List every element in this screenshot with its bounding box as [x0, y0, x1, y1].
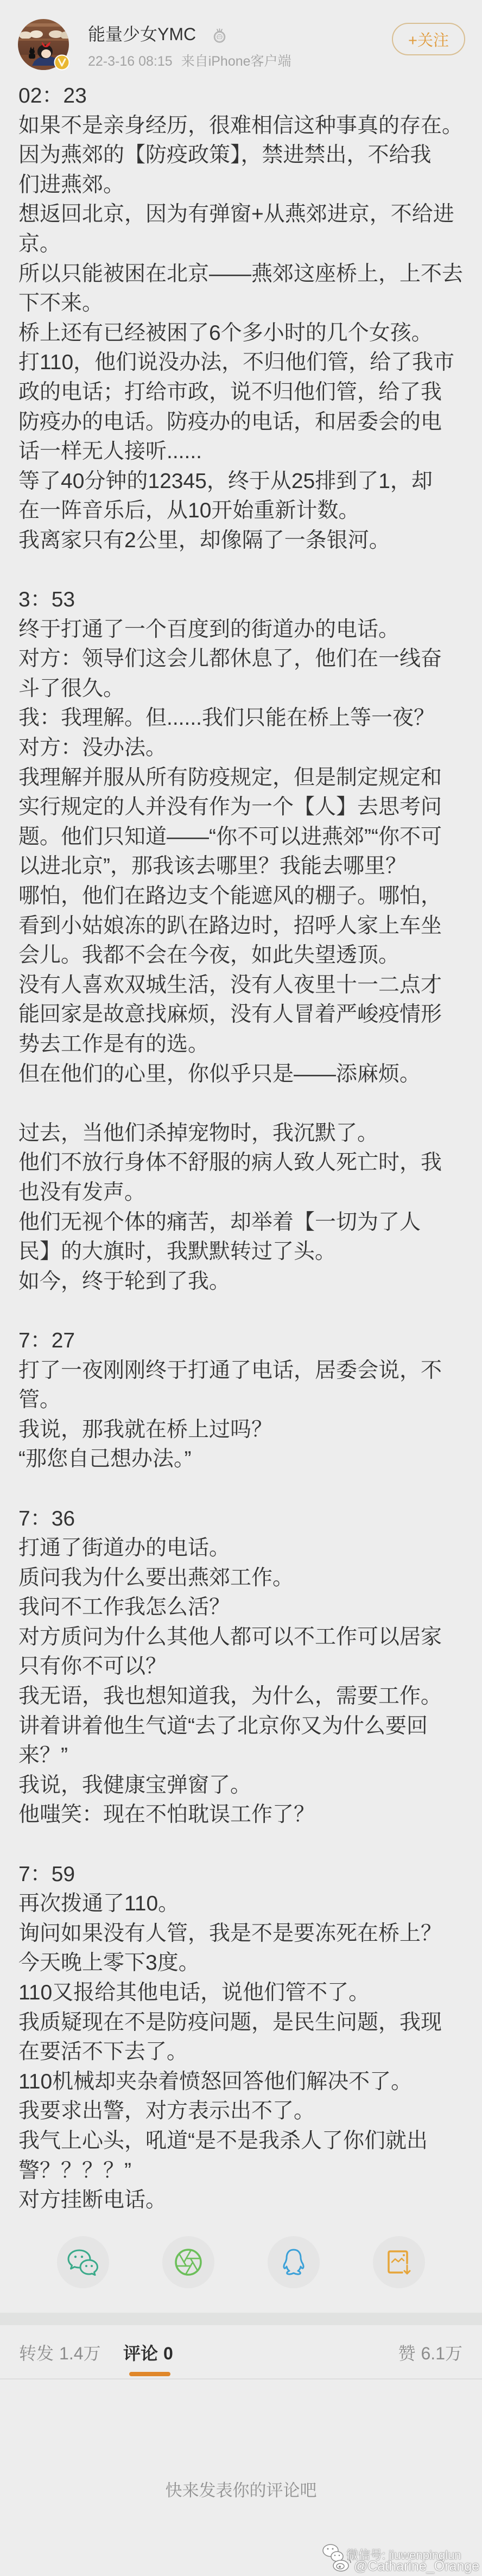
text-line: 今天晚上零下3度。: [18, 1948, 469, 1978]
share-qq-button[interactable]: [268, 2236, 320, 2288]
post-section: 7：59 再次拨通了110。 询问如果没有人管，我是不是要冻死在桥上？ 今天晚上…: [18, 1860, 469, 2216]
tab-count: 1.4万: [59, 2344, 101, 2363]
paragraph: 打了一夜刚刚终于打通了电话，居委会说，不 管。: [18, 1356, 469, 1415]
text-line: 会儿。我都不会在今夜，如此失望透顶。: [18, 941, 469, 971]
paragraph: 哪怕，他们在路边支个能遮风的棚子。哪怕， 看到小姑娘冻的趴在路边时，招呼人家上车…: [18, 882, 469, 971]
paragraph: 对方挂断电话。: [18, 2186, 469, 2216]
paragraph: 因为燕郊的【防疫政策】，禁进禁出，不给我 们进燕郊。: [18, 141, 469, 200]
section-separator: [0, 2313, 482, 2325]
paragraph: 终于打通了一个百度到的街道办的电话。: [18, 615, 469, 645]
text-line: 对方：领导们这会儿都休息了，他们在一线奋: [18, 644, 469, 674]
paragraph: 我无语，我也想知道我，为什么，需要工作。: [18, 1682, 469, 1712]
text-line: 看到小姑娘冻的趴在路边时，招呼人家上车坐: [18, 912, 469, 941]
wechat-icon: [66, 2248, 100, 2276]
text-line: 我气上心头，吼道“是不是我杀人了你们就出: [18, 2126, 469, 2156]
text-line: 们进燕郊。: [18, 170, 469, 200]
text-line: 我理解并服从所有防疫规定，但是制定规定和: [18, 763, 469, 793]
text-line: 询问如果没有人管，我是不是要冻死在桥上？: [18, 1919, 469, 1949]
text-line: 终于打通了一个百度到的街道办的电话。: [18, 615, 469, 645]
paragraph: 但在他们的心里，你似乎只是——添麻烦。: [18, 1060, 469, 1090]
text-line: 哪怕，他们在路边支个能遮风的棚子。哪怕，: [18, 882, 469, 912]
paragraph: 我：我理解。但......我们只能在桥上等一夜？: [18, 704, 469, 733]
text-line: 桥上还有已经被困了6个多小时的几个女孩。: [18, 319, 469, 349]
text-line: 京。: [18, 230, 469, 260]
text-line: 打通了街道办的电话。: [18, 1534, 469, 1564]
paragraph: 没有人喜欢双城生活，没有人夜里十一二点才 能回家是故意找麻烦，没有人冒着严峻疫情…: [18, 971, 469, 1060]
post-section: 7：36 打通了街道办的电话。 质问我为什么要出燕郊工作。 我问不工作我怎么活？…: [18, 1504, 469, 1831]
text-line: 下不来。: [18, 289, 469, 319]
section-timestamp: 7：59: [18, 1860, 469, 1890]
text-line: 我说，那我就在桥上过吗？: [18, 1415, 469, 1445]
text-line: 我说，我健康宝弹窗了。: [18, 1771, 469, 1801]
text-line: 打了一夜刚刚终于打通了电话，居委会说，不: [18, 1356, 469, 1386]
verified-v-icon: [54, 54, 70, 71]
paragraph: 如今，终于轮到了我。: [18, 1267, 469, 1297]
tab-count: 0: [163, 2344, 173, 2363]
text-line: 警？？？？”: [18, 2156, 469, 2186]
moments-icon: [174, 2248, 202, 2276]
text-line: “那您自己想办法。”: [18, 1445, 469, 1474]
paragraph: 讲着讲着他生气道“去了北京你又为什么要回 来？”: [18, 1712, 469, 1771]
text-line: 所以只能被困在北京——燕郊这座桥上，上不去: [18, 260, 469, 289]
text-line: 我质疑现在不是防疫问题，是民生问题，我现: [18, 2008, 469, 2038]
text-line: 如今，终于轮到了我。: [18, 1267, 469, 1297]
tab-comments[interactable]: 评论0: [123, 2343, 173, 2364]
save-image-icon: [386, 2249, 412, 2276]
watermark: 微信号: jiuwenpinglun @Catharine_Orange: [321, 2543, 480, 2573]
text-line: 我问不工作我怎么活？: [18, 1593, 469, 1623]
tab-label: 赞: [398, 2344, 415, 2363]
post-body: 02：23 如果不是亲身经历，很难相信这种事真的存在。 因为燕郊的【防疫政策】，…: [18, 81, 469, 2216]
paragraph: 我说，那我就在桥上过吗？: [18, 1415, 469, 1445]
paragraph: 想返回北京，因为有弹窗+从燕郊进京，不给进 京。: [18, 200, 469, 259]
author-name[interactable]: 能量少女YMC: [88, 24, 196, 45]
section-timestamp: 7：27: [18, 1326, 469, 1356]
text-line: 我：我理解。但......我们只能在桥上等一夜？: [18, 704, 469, 733]
text-line: 来？”: [18, 1741, 469, 1771]
text-line: 110机械却夹杂着愤怒回答他们解决不了。: [18, 2067, 469, 2097]
text-line: 管。: [18, 1385, 469, 1415]
text-line: 只有你不可以？: [18, 1652, 469, 1682]
post-meta: 22-3-16 08:15来自iPhone客户端: [88, 54, 291, 69]
paragraph: 打110，他们说没办法，不归他们管，给了我市 政的电话；打给市政，说不归他们管，…: [18, 348, 469, 466]
section-timestamp: 3：53: [18, 585, 469, 615]
text-line: 他们不放行身体不舒服的病人致人死亡时，我: [18, 1148, 469, 1178]
post-section: 3：53 终于打通了一个百度到的街道办的电话。 对方：领导们这会儿都休息了，他们…: [18, 585, 469, 1089]
paragraph: 质问我为什么要出燕郊工作。: [18, 1564, 469, 1593]
qq-icon: [281, 2248, 306, 2276]
text-line: 也没有发声。: [18, 1178, 469, 1208]
section-timestamp: 02：23: [18, 81, 469, 111]
paragraph: 110又报给其他电话，说他们管不了。: [18, 1978, 469, 2008]
comments-empty-state: 快来发表你的评论吧: [0, 2480, 482, 2502]
post-section: 过去，当他们杀掉宠物时，我沉默了。 他们不放行身体不舒服的病人致人死亡时，我 也…: [18, 1119, 469, 1297]
paragraph: 打通了街道办的电话。: [18, 1534, 469, 1564]
paragraph: 桥上还有已经被困了6个多小时的几个女孩。: [18, 319, 469, 349]
text-line: 以进北京”，那我该去哪里？我能去哪里？: [18, 852, 469, 882]
share-moments-button[interactable]: [162, 2236, 214, 2288]
text-line: 再次拨通了110。: [18, 1889, 469, 1919]
tab-count: 6.1万: [421, 2344, 463, 2363]
paragraph: 对方质问为什么其他人都可以不工作可以居家 只有你不可以？: [18, 1623, 469, 1682]
text-line: 对方：没办法。: [18, 733, 469, 763]
text-line: 我离家只有2公里，却像隔了一条银河。: [18, 526, 469, 556]
text-line: 但在他们的心里，你似乎只是——添麻烦。: [18, 1060, 469, 1090]
text-line: 过去，当他们杀掉宠物时，我沉默了。: [18, 1119, 469, 1149]
paragraph: 对方：没办法。: [18, 733, 469, 763]
post-section: 7：27 打了一夜刚刚终于打通了电话，居委会说，不 管。 我说，那我就在桥上过吗…: [18, 1326, 469, 1474]
text-line: 他嗤笑：现在不怕耽误工作了？: [18, 1800, 469, 1830]
tab-label: 转发: [19, 2344, 54, 2363]
text-line: 没有人喜欢双城生活，没有人夜里十一二点才: [18, 971, 469, 1001]
post-source: 来自iPhone客户端: [181, 54, 291, 69]
tab-label: 评论: [123, 2344, 158, 2363]
text-line: 对方质问为什么其他人都可以不工作可以居家: [18, 1623, 469, 1653]
tab-reposts[interactable]: 转发1.4万: [19, 2343, 101, 2364]
paragraph: 所以只能被困在北京——燕郊这座桥上，上不去 下不来。: [18, 260, 469, 319]
text-line: 势去工作是有的选。: [18, 1030, 469, 1060]
text-line: 他们无视个体的痛苦，却举着【一切为了人: [18, 1208, 469, 1238]
post-section: 02：23 如果不是亲身经历，很难相信这种事真的存在。 因为燕郊的【防疫政策】，…: [18, 81, 469, 556]
text-line: 在一阵音乐后，从10开始重新计数。: [18, 496, 469, 526]
paragraph: 我问不工作我怎么活？: [18, 1593, 469, 1623]
text-line: 想返回北京，因为有弹窗+从燕郊进京，不给进: [18, 200, 469, 230]
text-line: 我要求出警，对方表示出不了。: [18, 2097, 469, 2126]
paragraph: 如果不是亲身经历，很难相信这种事真的存在。: [18, 111, 469, 141]
save-image-button[interactable]: [373, 2236, 425, 2288]
text-line: 防疫办的电话。防疫办的电话，和居委会的电: [18, 408, 469, 438]
text-line: 打110，他们说没办法，不归他们管，给了我市: [18, 348, 469, 378]
text-line: 能回家是故意找麻烦，没有人冒着严峻疫情形: [18, 1000, 469, 1030]
paragraph: “那您自己想办法。”: [18, 1445, 469, 1474]
text-line: 在要活不下去了。: [18, 2037, 469, 2067]
text-line: 题。他们只知道——“你不可以进燕郊”“你不可: [18, 822, 469, 852]
text-line: 因为燕郊的【防疫政策】，禁进禁出，不给我: [18, 141, 469, 170]
text-line: 等了40分钟的12345，终于从25排到了1，却: [18, 467, 469, 497]
text-line: 民】的大旗时，我默默转过了头。: [18, 1237, 469, 1267]
text-line: 对方挂断电话。: [18, 2186, 469, 2216]
paragraph: 等了40分钟的12345，终于从25排到了1，却 在一阵音乐后，从10开始重新计…: [18, 467, 469, 526]
text-line: 话一样无人接听......: [18, 437, 469, 467]
paragraph: 我质疑现在不是防疫问题，是民生问题，我现 在要活不下去了。: [18, 2008, 469, 2067]
paragraph: 过去，当他们杀掉宠物时，我沉默了。: [18, 1119, 469, 1149]
paragraph: 110机械却夹杂着愤怒回答他们解决不了。: [18, 2067, 469, 2097]
tabs-divider: [0, 2378, 482, 2379]
text-line: 讲着讲着他生气道“去了北京你又为什么要回: [18, 1712, 469, 1742]
section-timestamp: 7：36: [18, 1504, 469, 1534]
paragraph: 我说，我健康宝弹窗了。: [18, 1771, 469, 1801]
tab-likes[interactable]: 赞6.1万: [398, 2343, 462, 2364]
paragraph: 我气上心头，吼道“是不是我杀人了你们就出 警？？？？”: [18, 2126, 469, 2186]
text-line: 如果不是亲身经历，很难相信这种事真的存在。: [18, 111, 469, 141]
share-wechat-button[interactable]: [57, 2236, 109, 2288]
text-line: 政的电话；打给市政，说不归他们管，给了我: [18, 378, 469, 408]
paragraph: 我离家只有2公里，却像隔了一条银河。: [18, 526, 469, 556]
watermark-handle: @Catharine_Orange: [354, 2559, 479, 2574]
paragraph: 他嗤笑：现在不怕耽误工作了？: [18, 1800, 469, 1830]
paragraph: 询问如果没有人管，我是不是要冻死在桥上？: [18, 1919, 469, 1949]
paragraph: 我要求出警，对方表示出不了。: [18, 2097, 469, 2126]
follow-button[interactable]: +关注: [392, 23, 465, 55]
text-line: 我无语，我也想知道我，为什么，需要工作。: [18, 1682, 469, 1712]
paragraph: 他们不放行身体不舒服的病人致人死亡时，我 也没有发声。: [18, 1148, 469, 1207]
paragraph: 对方：领导们这会儿都休息了，他们在一线奋 斗了很久。: [18, 644, 469, 704]
text-line: 质问我为什么要出燕郊工作。: [18, 1564, 469, 1593]
paragraph: 我理解并服从所有防疫规定，但是制定规定和 实行规定的人并没有作为一个【人】去思考…: [18, 763, 469, 882]
text-line: 斗了很久。: [18, 674, 469, 704]
paragraph: 他们无视个体的痛苦，却举着【一切为了人 民】的大旗时，我默默转过了头。: [18, 1208, 469, 1267]
paragraph: 再次拨通了110。: [18, 1889, 469, 1919]
post-timestamp: 22-3-16 08:15: [88, 54, 173, 69]
text-line: 110又报给其他电话，说他们管不了。: [18, 1978, 469, 2008]
medal-icon[interactable]: [212, 28, 227, 43]
active-tab-indicator: [129, 2372, 170, 2376]
text-line: 实行规定的人并没有作为一个【人】去思考问: [18, 793, 469, 822]
paragraph: 今天晚上零下3度。: [18, 1948, 469, 1978]
